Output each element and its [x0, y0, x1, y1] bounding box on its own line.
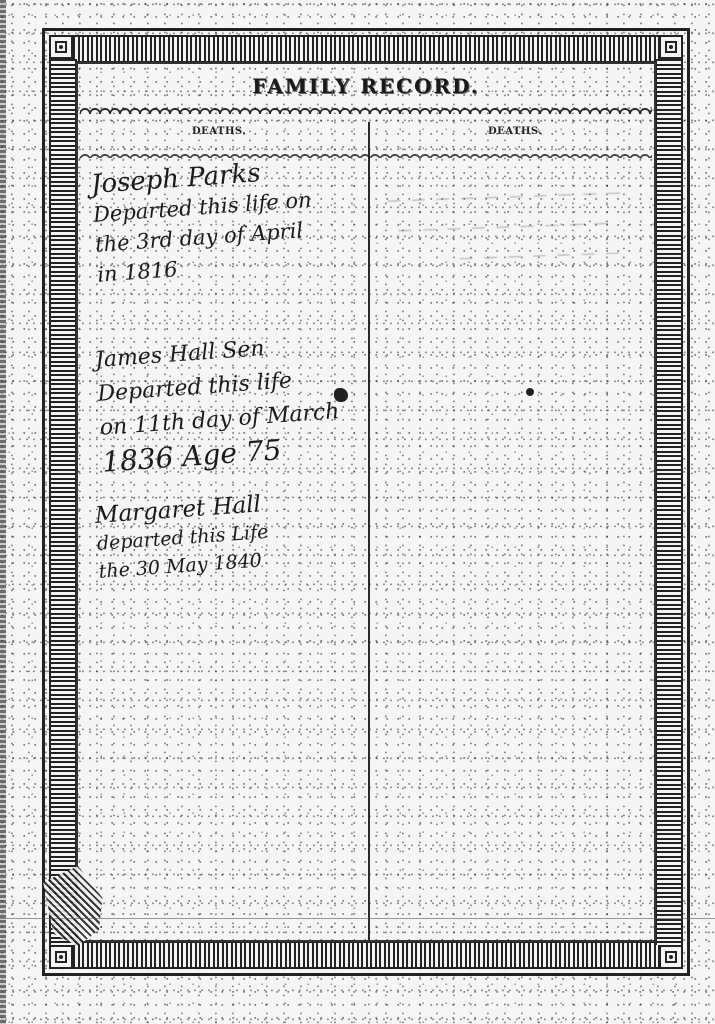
- column-header-deaths-left: DEATHS.: [192, 126, 246, 137]
- death-entry: James Hall Sen Departed this life on 11t…: [94, 327, 343, 479]
- faded-bleed-through-text: — — — — — — — — — — — — — — — — — — — — …: [387, 178, 627, 276]
- wave-divider-top: [80, 106, 652, 114]
- column-header-deaths-right: DEATHS.: [488, 126, 542, 137]
- wave-divider-header: [80, 152, 652, 158]
- ink-blot-mark: [334, 388, 348, 402]
- scanned-page: FAMILY RECORD. DEATHS. DEATHS. Joseph Pa…: [0, 0, 715, 1024]
- ink-dot-mark: [526, 388, 534, 396]
- column-divider: [368, 122, 370, 940]
- border-band-bottom: [73, 941, 659, 969]
- page-title: FAMILY RECORD.: [78, 74, 654, 98]
- fold-crease-line: [0, 918, 715, 919]
- border-band-right: [655, 59, 683, 945]
- corner-ornament-icon: [49, 945, 73, 969]
- scan-edge-shadow: [0, 0, 6, 1024]
- death-entry: Margaret Hall departed this Life the 30 …: [94, 490, 271, 586]
- border-band-top: [73, 35, 659, 63]
- record-panel: FAMILY RECORD. DEATHS. DEATHS. Joseph Pa…: [76, 62, 656, 942]
- death-entry: Joseph Parks Departed this life on the 3…: [90, 155, 317, 290]
- corner-ornament-icon: [49, 35, 73, 59]
- corner-ornament-icon: [659, 35, 683, 59]
- border-band-left: [49, 59, 77, 945]
- corner-ornament-icon: [659, 945, 683, 969]
